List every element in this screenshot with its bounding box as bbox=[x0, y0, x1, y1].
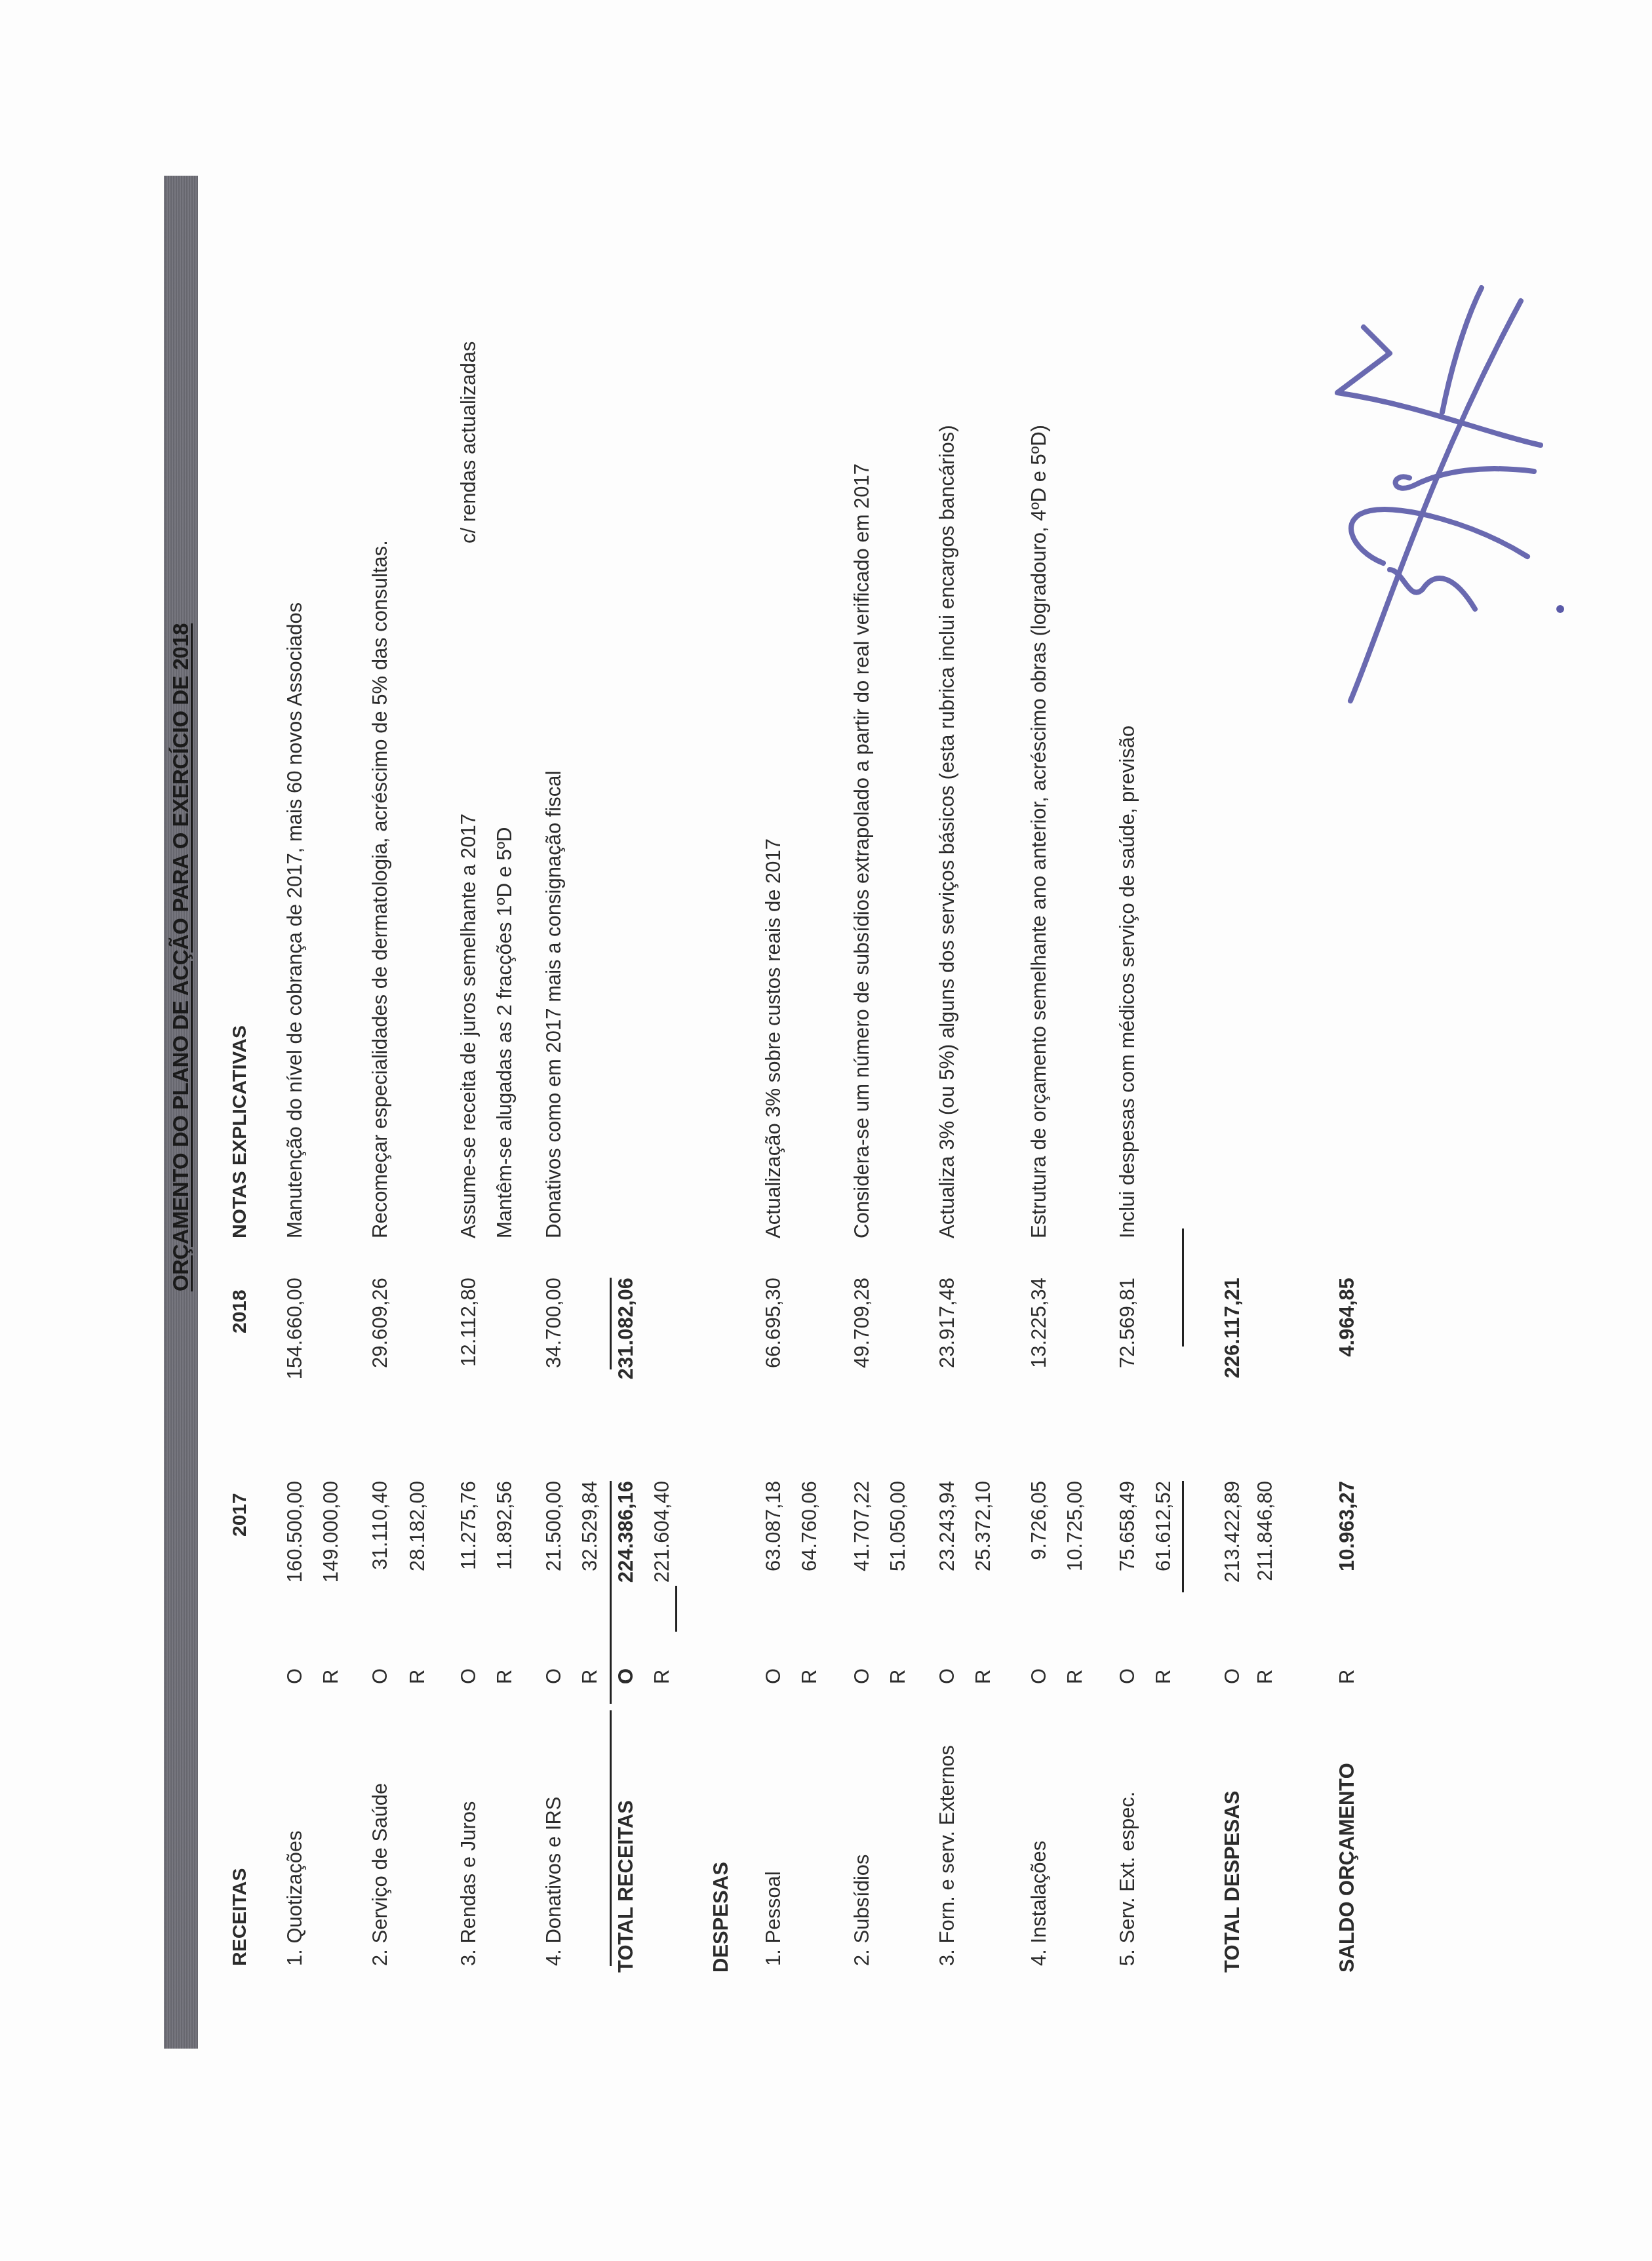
total-2017-o: 224.386,16 bbox=[614, 1481, 638, 1697]
title-banner: ORÇAMENTO DO PLANO DE ACÇÃO PARA O EXERC… bbox=[164, 176, 198, 2049]
value-2017-o: 41.707,22 bbox=[850, 1481, 874, 1697]
receita-label: 3. Rendas e Juros bbox=[457, 1801, 481, 1966]
despesa-label: 4. Instalações bbox=[1027, 1841, 1051, 1966]
total-2017-r: 221.604,40 bbox=[650, 1481, 674, 1697]
header-receitas: RECEITAS bbox=[228, 1868, 252, 1966]
value-2018-o: 66.695,30 bbox=[762, 1278, 785, 1494]
value-2017-o: 11.275,76 bbox=[457, 1481, 481, 1697]
document-title: ORÇAMENTO DO PLANO DE ACÇÃO PARA O EXERC… bbox=[165, 623, 197, 1291]
header-2017: 2017 bbox=[228, 1493, 252, 1537]
despesa-label: 3. Forn. e serv. Externos bbox=[935, 1745, 959, 1966]
saldo-2017: 10.963,27 bbox=[1335, 1481, 1359, 1697]
note: Inclui despesas com médicos serviço de s… bbox=[1116, 726, 1139, 1238]
receitas-2017-underline bbox=[610, 1481, 612, 1704]
value-2018-o: 49.709,28 bbox=[850, 1278, 874, 1494]
total-despesas-2017-r: 211.846,80 bbox=[1253, 1481, 1277, 1697]
value-2018-o: 29.609,26 bbox=[368, 1278, 392, 1494]
value-2017-o: 21.500,00 bbox=[542, 1481, 566, 1697]
total-despesas-2018-o: 226.117,21 bbox=[1221, 1278, 1244, 1494]
note: Actualização 3% sobre custos reais de 20… bbox=[762, 838, 785, 1238]
receita-label: 1. Quotizações bbox=[283, 1830, 307, 1966]
value-2017-r: 11.892,56 bbox=[493, 1481, 517, 1697]
note: Donativos como em 2017 mais a consignaçã… bbox=[542, 771, 566, 1238]
note: Manutenção do nível de cobrança de 2017,… bbox=[283, 602, 307, 1238]
value-2017-o: 160.500,00 bbox=[283, 1481, 307, 1697]
total-despesas-label: TOTAL DESPESAS bbox=[1221, 1791, 1244, 1973]
value-2017-o: 9.726,05 bbox=[1027, 1481, 1051, 1697]
total-despesas-2017-o: 213.422,89 bbox=[1221, 1481, 1244, 1697]
note: Mantêm-se alugadas as 2 fracções 1ºD e 5… bbox=[493, 827, 517, 1238]
value-2018-o: 13.225,34 bbox=[1027, 1278, 1051, 1494]
receitas-2018-underline bbox=[610, 1278, 612, 1369]
despesa-label: 2. Subsídios bbox=[850, 1854, 874, 1966]
header-2018: 2018 bbox=[228, 1289, 252, 1333]
note: Estrutura de orçamento semelhante ano an… bbox=[1027, 425, 1051, 1238]
despesas-2018-underline bbox=[1182, 1229, 1184, 1347]
note: Actualiza 3% (ou 5%) alguns dos serviços… bbox=[935, 425, 959, 1238]
signature bbox=[1311, 262, 1586, 720]
saldo-2018: 4.964,85 bbox=[1335, 1278, 1359, 1494]
value-2018-o: 154.660,00 bbox=[283, 1278, 307, 1494]
budget-document: ORÇAMENTO DO PLANO DE ACÇÃO PARA O EXERC… bbox=[0, 0, 1652, 2261]
note: Assume-se receita de juros semelhante a … bbox=[457, 814, 481, 1238]
value-2017-r: 10.725,00 bbox=[1063, 1481, 1087, 1697]
saldo-label: SALDO ORÇAMENTO bbox=[1335, 1763, 1359, 1973]
value-2017-r: 61.612,52 bbox=[1152, 1481, 1175, 1697]
value-2018-o: 12.112,80 bbox=[457, 1278, 481, 1494]
value-2017-r: 149.000,00 bbox=[319, 1481, 343, 1697]
value-2018-o: 23.917,48 bbox=[935, 1278, 959, 1494]
receita-label: 4. Donativos e IRS bbox=[542, 1797, 566, 1966]
receitas-r-underline bbox=[675, 1586, 677, 1632]
value-2017-r: 32.529,84 bbox=[578, 1481, 602, 1697]
header-notes: NOTAS EXPLICATIVAS bbox=[228, 1025, 252, 1238]
note: Recomeçar especialidades de dermatologia… bbox=[368, 540, 392, 1238]
despesa-label: 1. Pessoal bbox=[762, 1871, 785, 1966]
note-extra: c/ rendas actualizadas bbox=[457, 342, 481, 543]
receita-label: 2. Serviço de Saúde bbox=[368, 1783, 392, 1966]
value-2017-o: 75.658,49 bbox=[1116, 1481, 1139, 1697]
value-2017-o: 63.087,18 bbox=[762, 1481, 785, 1697]
value-2017-o: 23.243,94 bbox=[935, 1481, 959, 1697]
despesas-heading: DESPESAS bbox=[709, 1862, 733, 1973]
despesas-2017-underline bbox=[1182, 1481, 1184, 1592]
value-2017-r: 51.050,00 bbox=[886, 1481, 910, 1697]
value-2017-r: 28.182,00 bbox=[406, 1481, 429, 1697]
value-2018-o: 72.569,81 bbox=[1116, 1278, 1139, 1494]
value-2017-r: 64.760,06 bbox=[798, 1481, 821, 1697]
note: Considera-se um número de subsídios extr… bbox=[850, 463, 874, 1238]
value-2018-o: 34.700,00 bbox=[542, 1278, 566, 1494]
despesa-label: 5. Serv. Ext. espec. bbox=[1116, 1792, 1139, 1966]
total-2018-o: 231.082,06 bbox=[614, 1278, 638, 1494]
total-receitas-label: TOTAL RECEITAS bbox=[614, 1800, 638, 1973]
receitas-label-underline bbox=[610, 1710, 612, 1966]
value-2017-r: 25.372,10 bbox=[972, 1481, 995, 1697]
value-2017-o: 31.110,40 bbox=[368, 1481, 392, 1697]
